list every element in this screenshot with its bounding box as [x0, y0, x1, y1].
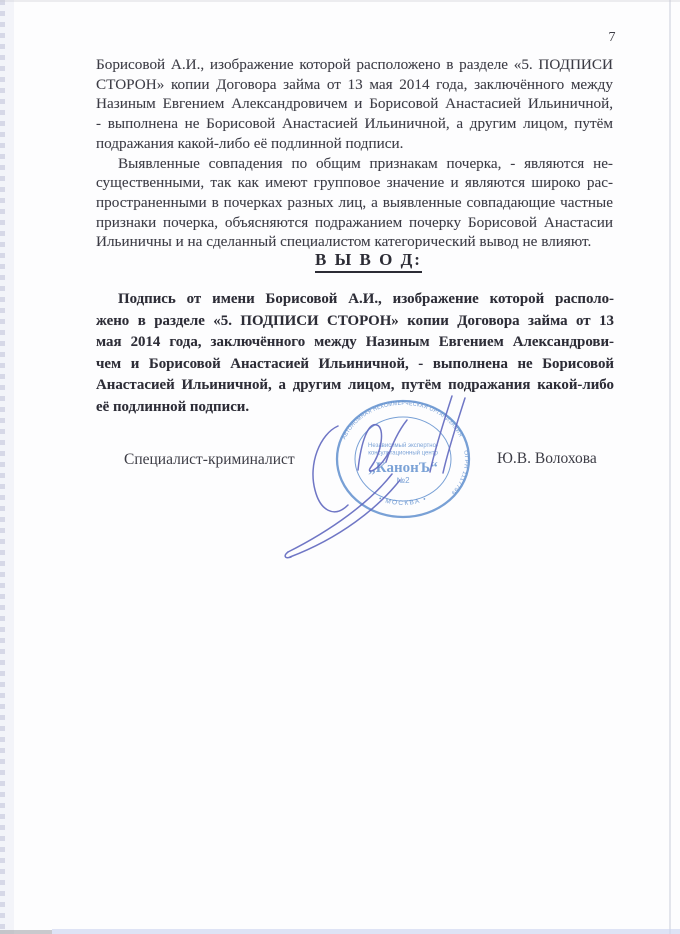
conclusion-heading-row: В Ы В О Д: — [96, 250, 613, 273]
text-line: подражания какой-либо её подлинной подпи… — [96, 134, 613, 154]
conclusion-heading: В Ы В О Д: — [315, 250, 422, 273]
text-line: Борисовой А.И., изображение которой расп… — [96, 55, 613, 75]
scan-bottom-edge-band — [52, 929, 680, 934]
text-line: - выполнена не Борисовой Анастасией Ильи… — [96, 114, 613, 134]
scan-right-edge-line — [669, 0, 671, 934]
text-line: существенными, так как имеют групповое з… — [96, 173, 613, 193]
scan-bottom-left-corner — [0, 930, 52, 934]
paragraph-coincidences: Выявленные совпадения по общим признакам… — [96, 154, 613, 253]
text-line: жено в разделе «5. ПОДПИСИ СТОРОН» копии… — [96, 311, 614, 333]
page-number: 7 — [600, 30, 624, 46]
text-line: чем и Борисовой Анастасией Ильиничной, -… — [96, 354, 614, 376]
scan-top-edge-line — [0, 0, 680, 2]
handwritten-signature — [258, 378, 478, 568]
text-line: Назиным Евгением Александровичем и Борис… — [96, 94, 613, 114]
body-text-block: Борисовой А.И., изображение которой расп… — [96, 55, 613, 252]
text-line: Подпись от имени Борисовой А.И., изображ… — [96, 289, 614, 311]
text-line: СТОРОН» копии Договора займа от 13 мая 2… — [96, 75, 613, 95]
text-line: признаки почерка, объясняются подражание… — [96, 213, 613, 233]
signoff-name-label: Ю.В. Волохова — [497, 450, 597, 468]
signature-strokes — [285, 396, 465, 558]
text-line: пространенными в почерках разных лиц, а … — [96, 193, 613, 213]
text-line: Выявленные совпадения по общим признакам… — [96, 154, 613, 174]
scan-left-edge-perforations — [0, 0, 5, 934]
paragraph-continuation: Борисовой А.И., изображение которой расп… — [96, 55, 613, 154]
scanned-document-page: 7 Борисовой А.И., изображение которой ра… — [0, 0, 680, 934]
text-line: мая 2014 года, заключённого между Назины… — [96, 332, 614, 354]
